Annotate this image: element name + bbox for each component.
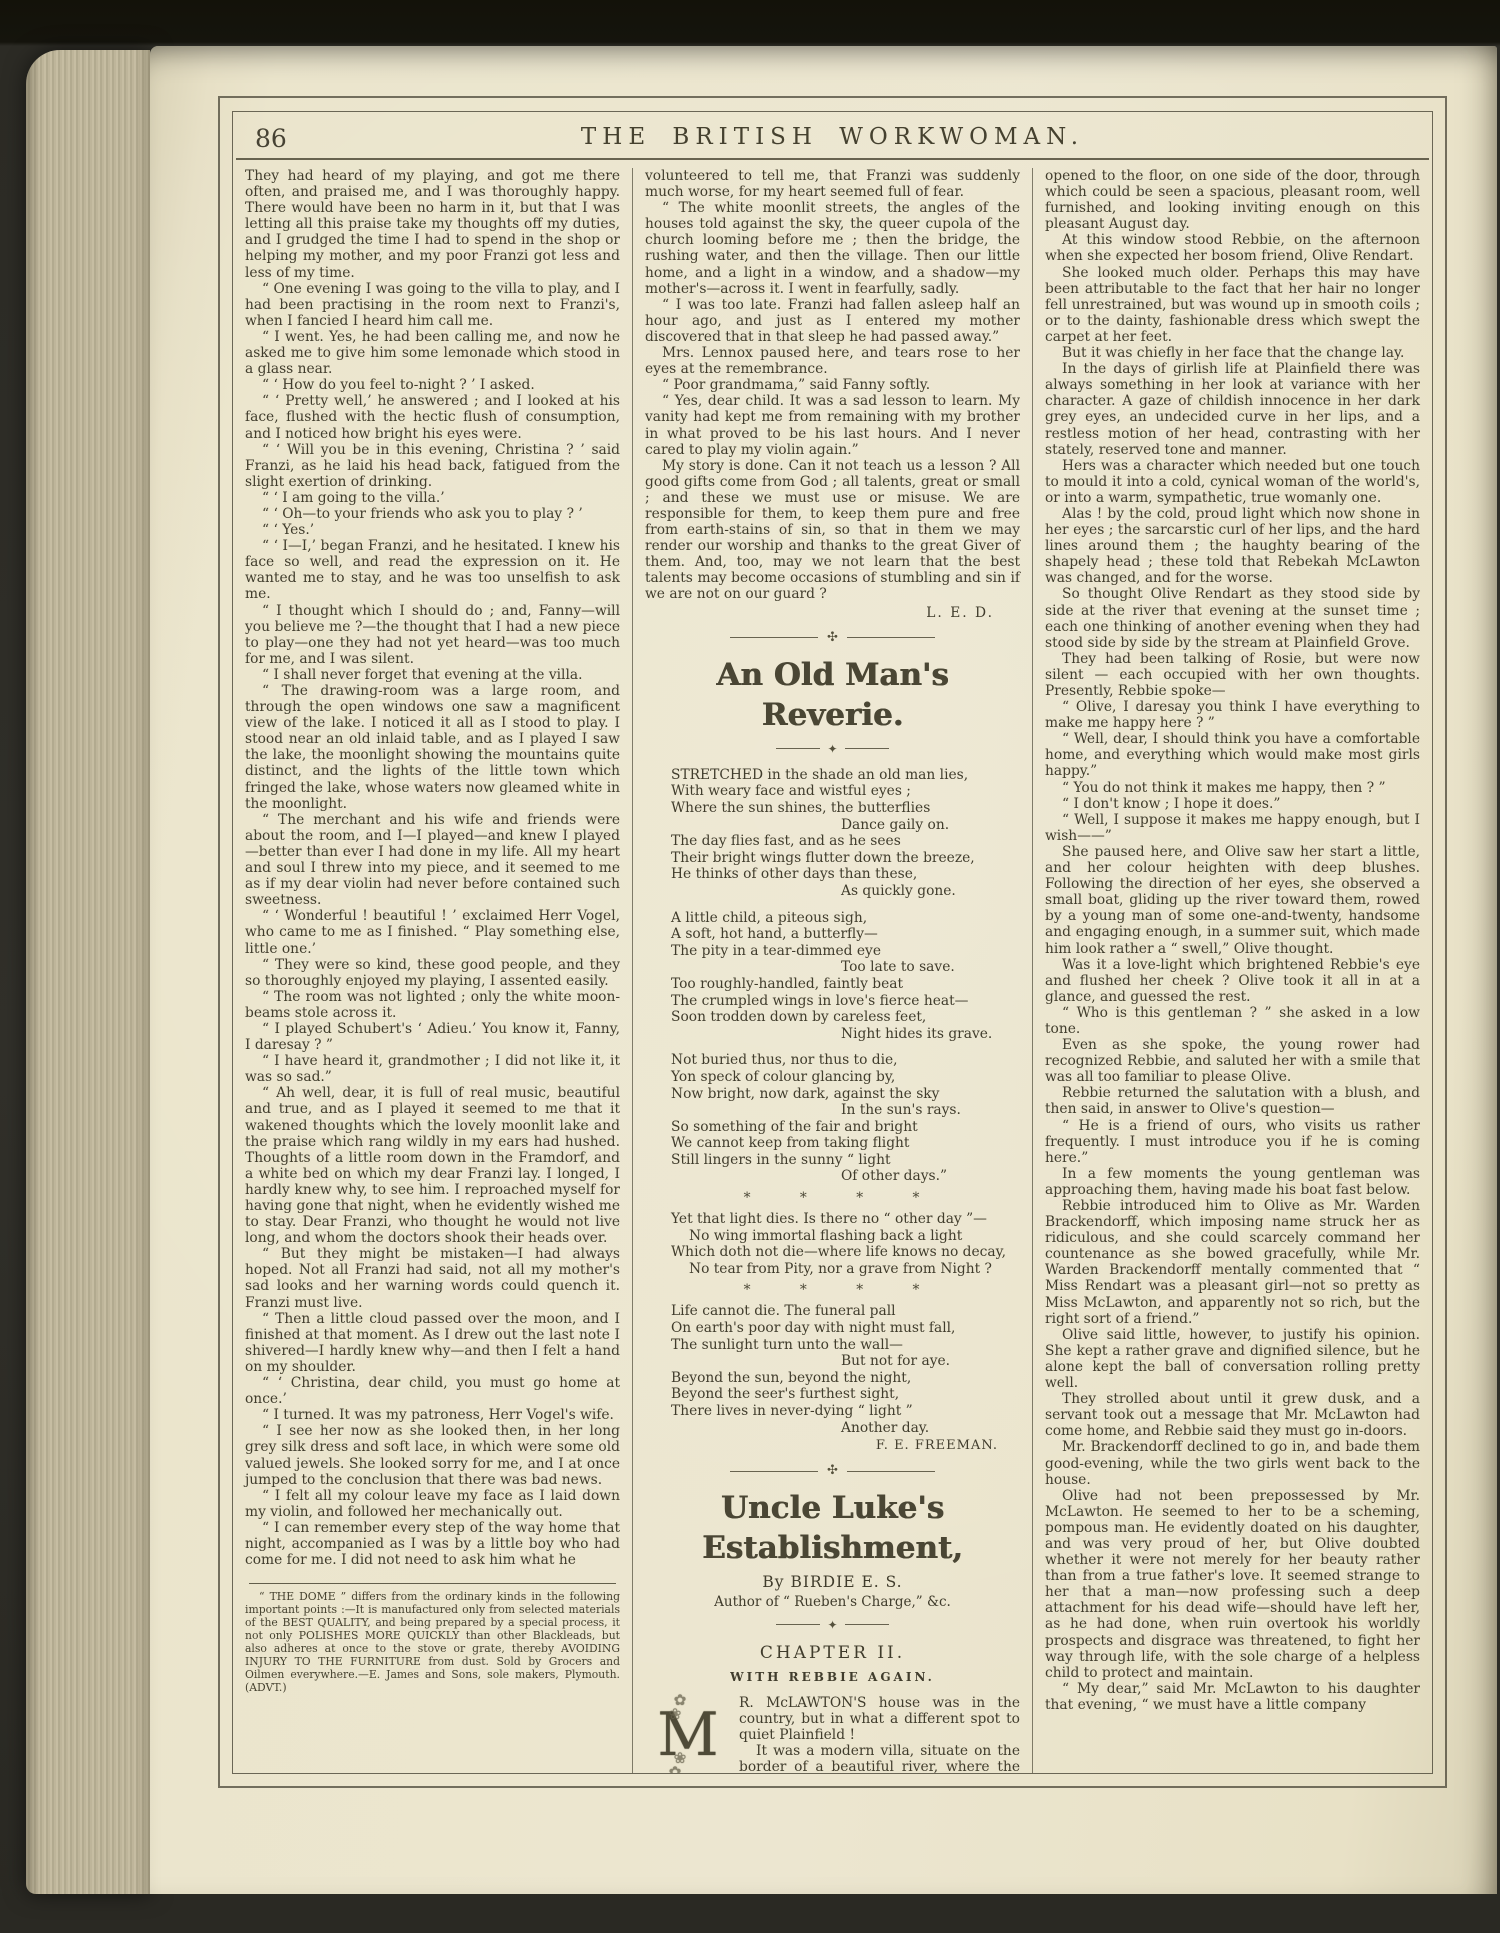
verse-line: Where the sun shines, the butterflies <box>645 800 1020 817</box>
verse-line: The crumpled wings in love's fierce heat… <box>645 993 1020 1010</box>
paragraph: They strolled about until it grew dusk, … <box>1045 1391 1420 1439</box>
verse-line: No wing immortal flashing back a light <box>645 1228 1020 1245</box>
paragraph: They had heard of my playing, and got me… <box>245 168 620 281</box>
paragraph: “ The white moonlit streets, the angles … <box>645 200 1020 297</box>
paragraph: “ ‘ Pretty well,’ he answered ; and I lo… <box>245 393 620 441</box>
verse-line: Dance gaily on. <box>645 817 1020 834</box>
paragraph: “ Yes, dear child. It was a sad lesson t… <box>645 393 1020 457</box>
paragraph: “ Ah well, dear, it is full of real musi… <box>245 1085 620 1246</box>
verse-line: A little child, a piteous sigh, <box>645 910 1020 927</box>
paragraph: “ ‘ Christina, dear child, you must go h… <box>245 1375 620 1407</box>
verse-line: A soft, hot hand, a butterfly— <box>645 926 1020 943</box>
column-3: opened to the floor, on one side of the … <box>1032 168 1432 1773</box>
paragraph: “ Who is this gentleman ? ” she asked in… <box>1045 1005 1420 1037</box>
verse-line: So something of the fair and bright <box>645 1119 1020 1136</box>
paragraph: “ ‘ Will you be in this evening, Christi… <box>245 442 620 490</box>
page-inner-border: 86 THE BRITISH WORKWOMAN. They had heard… <box>232 111 1433 1774</box>
verse-line: But not for aye. <box>645 1353 1020 1370</box>
paragraph: Alas ! by the cold, proud light which no… <box>1045 506 1420 586</box>
paragraph: “ My dear,” said Mr. McLawton to his dau… <box>1045 1681 1420 1713</box>
chapter-subtitle: WITH REBBIE AGAIN. <box>645 1669 1020 1685</box>
paragraph: “ I felt all my colour leave my face as … <box>245 1488 620 1520</box>
story-signature: L. E. D. <box>645 605 1020 621</box>
photo-background: 86 THE BRITISH WORKWOMAN. They had heard… <box>0 0 1500 1933</box>
paragraph: So thought Olive Rendart as they stood s… <box>1045 586 1420 650</box>
paragraph: “ Then a little cloud passed over the mo… <box>245 1311 620 1375</box>
paragraph: Olive said little, however, to justify h… <box>1045 1327 1420 1391</box>
paragraph: opened to the floor, on one side of the … <box>1045 168 1420 232</box>
story-author-line: Author of “ Rueben's Charge,” &c. <box>645 1594 1020 1610</box>
paragraph: “ I turned. It was my patroness, Herr Vo… <box>245 1407 620 1423</box>
paragraph: In a few moments the young gentleman was… <box>1045 1166 1420 1198</box>
verse-line: The pity in a tear-dimmed eye <box>645 943 1020 960</box>
verse-line: No tear from Pity, nor a grave from Nigh… <box>645 1261 1020 1278</box>
paragraph: They had been talking of Rosie, but were… <box>1045 651 1420 699</box>
poem-signature: F. E. FREEMAN. <box>645 1438 1020 1454</box>
stanza-break <box>645 900 1020 910</box>
paragraph: Mr. Brackendorff declined to go in, and … <box>1045 1439 1420 1487</box>
paragraph: At this window stood Rebbie, on the afte… <box>1045 232 1420 264</box>
text-columns: They had heard of my playing, and got me… <box>233 160 1432 1773</box>
verse-line: In the sun's rays. <box>645 1102 1020 1119</box>
verse-line: Beyond the seer's furthest sight, <box>645 1386 1020 1403</box>
asterisk-divider: * * * * <box>645 1189 1020 1207</box>
verse-line: Yet that light dies. Is there no “ other… <box>645 1211 1020 1228</box>
verse-line: Beyond the sun, beyond the night, <box>645 1370 1020 1387</box>
verse-line: Of other days.” <box>645 1168 1020 1185</box>
story-title: Uncle Luke's Establishment, <box>645 1488 1020 1568</box>
paragraph: MR. McLAWTON'S house was in the country,… <box>645 1695 1020 1743</box>
verse-line: Their bright wings flutter down the bree… <box>645 850 1020 867</box>
paragraph: Was it a love-light which brightened Reb… <box>1045 957 1420 1005</box>
page-header: 86 THE BRITISH WORKWOMAN. <box>233 112 1432 158</box>
column-2: volunteered to tell me, that Franzi was … <box>632 168 1032 1773</box>
paragraph: “ ‘ Yes.’ <box>245 522 620 538</box>
paragraph: Even as she spoke, the young rower had r… <box>1045 1037 1420 1085</box>
decorative-divider: ✣ <box>645 1463 1020 1479</box>
paragraph: “ Poor grandmama,” said Fanny softly. <box>645 377 1020 393</box>
paragraph: She paused here, and Olive saw her start… <box>1045 844 1420 957</box>
paragraph: Rebbie returned the salutation with a bl… <box>1045 1085 1420 1117</box>
decorative-divider: ✣ <box>645 630 1020 646</box>
story-byline: By BIRDIE E. S. <box>645 1574 1020 1590</box>
paragraph: “ ‘ I am going to the villa.’ <box>245 490 620 506</box>
paragraph: My story is done. Can it not teach us a … <box>645 458 1020 603</box>
paragraph: “ I see her now as she looked then, in h… <box>245 1423 620 1487</box>
verse-line: On earth's poor day with night must fall… <box>645 1320 1020 1337</box>
verse-line: Which doth not die—where life knows no d… <box>645 1244 1020 1261</box>
masthead-title: THE BRITISH WORKWOMAN. <box>233 124 1432 150</box>
verse-line: Night hides its grave. <box>645 1026 1020 1043</box>
paragraph: “ I shall never forget that evening at t… <box>245 667 620 683</box>
verse-line: With weary face and wistful eyes ; <box>645 783 1020 800</box>
paragraph: In the days of girlish life at Plainfiel… <box>1045 361 1420 458</box>
verse-line: STRETCHED in the shade an old man lies, <box>645 767 1020 784</box>
decorative-divider-small: ✦ <box>645 1617 1020 1633</box>
verse-line: He thinks of other days than these, <box>645 866 1020 883</box>
paragraph: She looked much older. Perhaps this may … <box>1045 265 1420 345</box>
paragraph: “ I thought which I should do ; and, Fan… <box>245 603 620 667</box>
paragraph: “ ‘ Oh—to your friends who ask you to pl… <box>245 506 620 522</box>
paragraph: “ They were so kind, these good people, … <box>245 957 620 989</box>
verse-line: Life cannot die. The funeral pall <box>645 1303 1020 1320</box>
paragraph: “ ‘ How do you feel to-night ? ’ I asked… <box>245 377 620 393</box>
paragraph: “ He is a friend of ours, who visits us … <box>1045 1118 1420 1166</box>
verse-line: Too roughly-handled, faintly beat <box>645 976 1020 993</box>
paragraph: “ I can remember every step of the way h… <box>245 1520 620 1568</box>
paragraph: “ I don't know ; I hope it does.” <box>1045 796 1420 812</box>
paragraph: “ I played Schubert's ‘ Adieu.’ You know… <box>245 1021 620 1053</box>
ornate-initial: M <box>645 1697 731 1773</box>
paragraph: volunteered to tell me, that Franzi was … <box>645 168 1020 200</box>
verse-line: Too late to save. <box>645 959 1020 976</box>
page-border: 86 THE BRITISH WORKWOMAN. They had heard… <box>218 96 1447 1788</box>
paragraph: “ I was too late. Franzi had fallen asle… <box>645 297 1020 345</box>
verse-line: We cannot keep from taking flight <box>645 1135 1020 1152</box>
paragraph: “ I have heard it, grandmother ; I did n… <box>245 1053 620 1085</box>
paragraph: But it was chiefly in her face that the … <box>1045 345 1420 361</box>
book-page-edges <box>26 50 150 1894</box>
decorative-divider-small: ✦ <box>645 741 1020 757</box>
paragraph: “ The room was not lighted ; only the wh… <box>245 989 620 1021</box>
paragraph: Hers was a character which needed but on… <box>1045 458 1420 506</box>
paragraph: Mrs. Lennox paused here, and tears rose … <box>645 345 1020 377</box>
verse-line: Now bright, now dark, against the sky <box>645 1086 1020 1103</box>
paragraph: “ But they might be mistaken—I had alway… <box>245 1246 620 1310</box>
asterisk-divider: * * * * <box>645 1281 1020 1299</box>
paragraph: “ Well, I suppose it makes me happy enou… <box>1045 812 1420 844</box>
paragraph: “ The drawing-room was a large room, and… <box>245 683 620 812</box>
stanza-break <box>645 1042 1020 1052</box>
paragraph: “ Olive, I daresay you think I have ever… <box>1045 699 1420 731</box>
paragraph: “ Well, dear, I should think you have a … <box>1045 731 1420 779</box>
paragraph: “ ‘ I—I,’ began Franzi, and he hesitated… <box>245 538 620 602</box>
column-1: They had heard of my playing, and got me… <box>233 168 632 1773</box>
verse-line: Still lingers in the sunny “ light <box>645 1152 1020 1169</box>
verse-line: Soon trodden down by careless feet, <box>645 1009 1020 1026</box>
verse-line: The day flies fast, and as he sees <box>645 833 1020 850</box>
advertisement-footnote: “ THE DOME ” differs from the ordinary k… <box>245 1591 620 1694</box>
paragraph: “ I went. Yes, he had been calling me, a… <box>245 329 620 377</box>
verse-line: As quickly gone. <box>645 883 1020 900</box>
paragraph: “ The merchant and his wife and friends … <box>245 812 620 909</box>
verse-line: Not buried thus, nor thus to die, <box>645 1052 1020 1069</box>
verse-line: Yon speck of colour glancing by, <box>645 1069 1020 1086</box>
paragraph: Olive had not been prepossessed by Mr. M… <box>1045 1488 1420 1681</box>
verse-line: Another day. <box>645 1420 1020 1437</box>
footnote-separator <box>249 1583 616 1584</box>
poem-title: An Old Man's Reverie. <box>645 655 1020 735</box>
paragraph: “ You do not think it makes me happy, th… <box>1045 780 1420 796</box>
verse-line: The sunlight turn unto the wall— <box>645 1337 1020 1354</box>
chapter-heading: CHAPTER II. <box>645 1645 1020 1661</box>
paragraph: Rebbie introduced him to Olive as Mr. Wa… <box>1045 1198 1420 1327</box>
verse-line: There lives in never-dying “ light ” <box>645 1403 1020 1420</box>
paragraph: “ ‘ Wonderful ! beautiful ! ’ exclaimed … <box>245 908 620 956</box>
magazine-page: 86 THE BRITISH WORKWOMAN. They had heard… <box>150 46 1497 1894</box>
paragraph: “ One evening I was going to the villa t… <box>245 281 620 329</box>
